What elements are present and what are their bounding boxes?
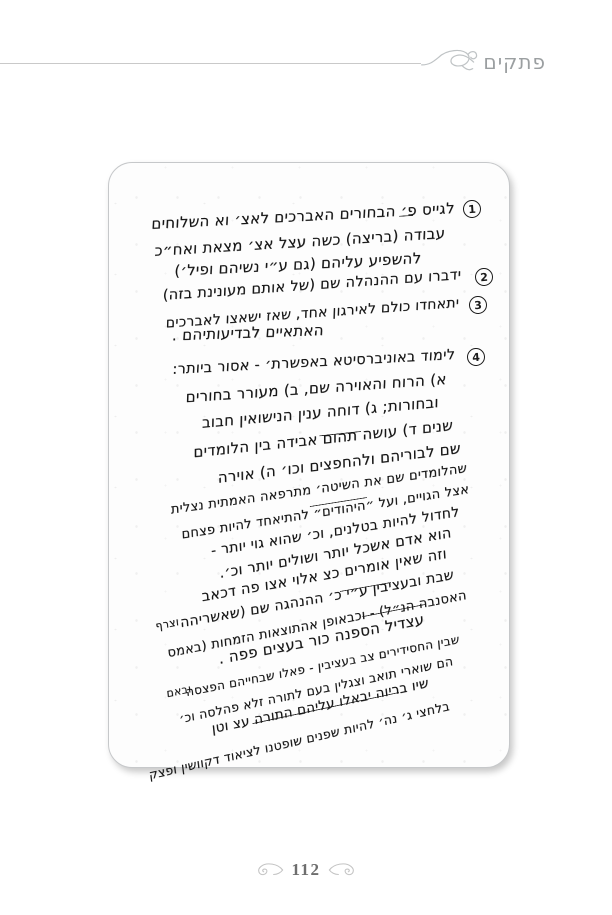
manuscript-line: וצרף — [155, 615, 180, 633]
header-rule — [0, 63, 421, 64]
footer-ornament-right-icon — [328, 861, 356, 879]
page-title: פתקים — [483, 50, 546, 74]
item-number-badge: 4 — [466, 347, 485, 366]
footer-ornament-left-icon — [256, 861, 284, 879]
manuscript-card: לגייס פ׳ הבחורים האברכים לאצ׳ וא השלוחים… — [108, 162, 510, 768]
item-number-badge: 1 — [462, 199, 481, 218]
header-flourish-icon — [419, 46, 481, 80]
item-number-badge: 3 — [468, 295, 487, 314]
page-number: 112 — [291, 860, 320, 880]
page-root: { "header": { "title": "פתקים" }, "foote… — [0, 0, 612, 915]
item-number-badge: 2 — [474, 267, 493, 286]
footer: 112 — [0, 860, 612, 880]
